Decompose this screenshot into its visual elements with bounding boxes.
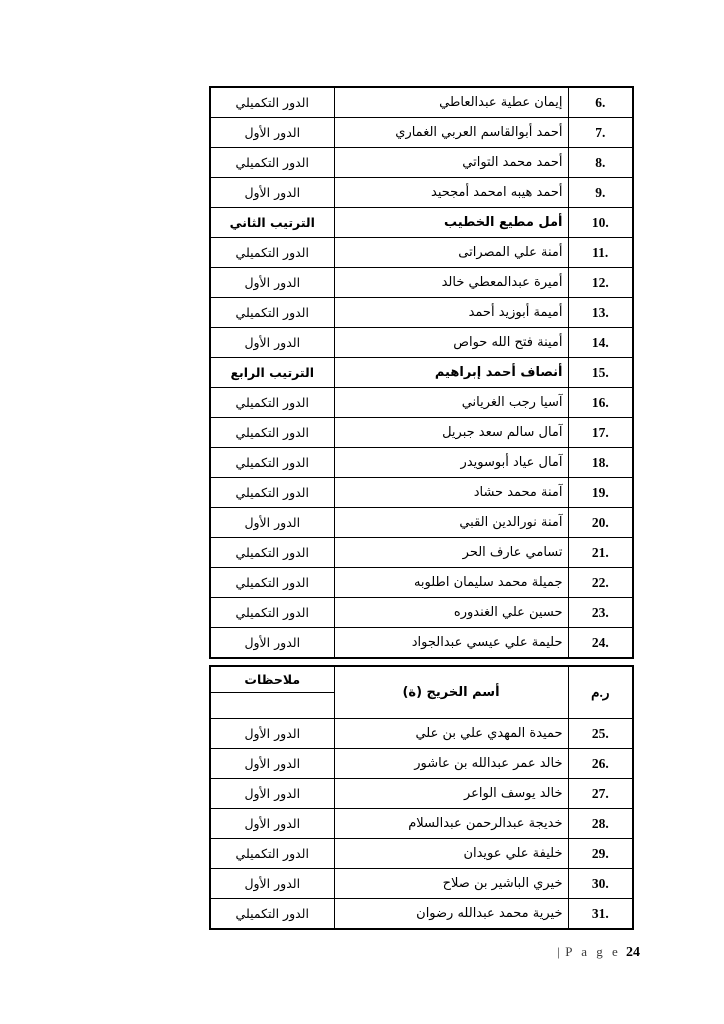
serial-cell: 6. bbox=[568, 87, 633, 118]
serial-cell: 22. bbox=[568, 568, 633, 598]
table-row: 17.آمال سالم سعد جبريلالدور التكميلي bbox=[210, 418, 633, 448]
name-cell: أحمد أبوالقاسم العربي الغماري bbox=[334, 118, 568, 148]
note-cell: الدور التكميلي bbox=[210, 298, 334, 328]
page-footer: | P a g e 24 bbox=[557, 944, 640, 961]
note-cell: الدور الأول bbox=[210, 809, 334, 839]
note-cell: الدور الأول bbox=[210, 779, 334, 809]
table-row: 29.خليفة علي عويدانالدور التكميلي bbox=[210, 839, 633, 869]
name-cell: آسيا رجب الغرياني bbox=[334, 388, 568, 418]
graduates-table-b: ر.م أسم الخريج (ة) ملاحظات 25.حميدة المه… bbox=[209, 665, 634, 930]
serial-cell: 31. bbox=[568, 899, 633, 930]
footer-pipe: | bbox=[557, 944, 560, 959]
serial-cell: 21. bbox=[568, 538, 633, 568]
name-cell: حليمة علي عيسي عبدالجواد bbox=[334, 628, 568, 659]
name-cell: جميلة محمد سليمان اطلوبه bbox=[334, 568, 568, 598]
graduates-table-a: 6.إيمان عطية عبدالعاطيالدور التكميلي 7.أ… bbox=[209, 86, 634, 659]
serial-cell: 25. bbox=[568, 719, 633, 749]
table-row: 14.أمينة فتح الله حواصالدور الأول bbox=[210, 328, 633, 358]
table-row: 19.آمنة محمد حشادالدور التكميلي bbox=[210, 478, 633, 508]
table-row: 22.جميلة محمد سليمان اطلوبهالدور التكميل… bbox=[210, 568, 633, 598]
table-row: 27.خالد يوسف الواعرالدور الأول bbox=[210, 779, 633, 809]
serial-cell: 17. bbox=[568, 418, 633, 448]
name-cell: خديجة عبدالرحمن عبدالسلام bbox=[334, 809, 568, 839]
note-cell: الدور التكميلي bbox=[210, 899, 334, 930]
table-row: 21.تسامي عارف الحرالدور التكميلي bbox=[210, 538, 633, 568]
name-cell: آمال سالم سعد جبريل bbox=[334, 418, 568, 448]
name-cell: خليفة علي عويدان bbox=[334, 839, 568, 869]
serial-cell: 16. bbox=[568, 388, 633, 418]
table-row: 24.حليمة علي عيسي عبدالجوادالدور الأول bbox=[210, 628, 633, 659]
serial-cell: 8. bbox=[568, 148, 633, 178]
name-cell: أحمد محمد التواتي bbox=[334, 148, 568, 178]
name-cell: خالد عمر عبدالله بن عاشور bbox=[334, 749, 568, 779]
document-page: 6.إيمان عطية عبدالعاطيالدور التكميلي 7.أ… bbox=[0, 0, 724, 1024]
table-header-row: ر.م أسم الخريج (ة) ملاحظات bbox=[210, 666, 633, 693]
table-row: 13.أميمة أبوزيد أحمدالدور التكميلي bbox=[210, 298, 633, 328]
serial-cell: 12. bbox=[568, 268, 633, 298]
serial-cell: 19. bbox=[568, 478, 633, 508]
note-cell: الدور الأول bbox=[210, 749, 334, 779]
name-cell: آمنة محمد حشاد bbox=[334, 478, 568, 508]
table-row: 30.خيري الباشير بن صلاحالدور الأول bbox=[210, 869, 633, 899]
table-row: 10.أمل مطيع الخطيبالترتيب الثاني bbox=[210, 208, 633, 238]
serial-cell: 18. bbox=[568, 448, 633, 478]
name-cell: آمنة نورالدين القبي bbox=[334, 508, 568, 538]
footer-page-word: P a g e bbox=[565, 944, 621, 959]
table-row: 18.آمال عياد أبوسويدرالدور التكميلي bbox=[210, 448, 633, 478]
serial-cell: 7. bbox=[568, 118, 633, 148]
name-cell: حسين علي الغندوره bbox=[334, 598, 568, 628]
note-cell: الدور الأول bbox=[210, 268, 334, 298]
name-cell: أحمد هيبه امحمد أمجحيد bbox=[334, 178, 568, 208]
note-cell: الدور التكميلي bbox=[210, 538, 334, 568]
note-cell: الدور التكميلي bbox=[210, 418, 334, 448]
name-cell: أنصاف أحمد إبراهيم bbox=[334, 358, 568, 388]
table-row: 6.إيمان عطية عبدالعاطيالدور التكميلي bbox=[210, 87, 633, 118]
serial-cell: 9. bbox=[568, 178, 633, 208]
table-row: 9.أحمد هيبه امحمد أمجحيدالدور الأول bbox=[210, 178, 633, 208]
serial-cell: 14. bbox=[568, 328, 633, 358]
table-row: 23.حسين علي الغندورهالدور التكميلي bbox=[210, 598, 633, 628]
table-row: 12.أميرة عبدالمعطي خالدالدور الأول bbox=[210, 268, 633, 298]
table-row: 16.آسيا رجب الغريانيالدور التكميلي bbox=[210, 388, 633, 418]
note-cell: الدور التكميلي bbox=[210, 598, 334, 628]
note-cell: الدور التكميلي bbox=[210, 568, 334, 598]
name-cell: أميرة عبدالمعطي خالد bbox=[334, 268, 568, 298]
table-row: 25.حميدة المهدي علي بن عليالدور الأول bbox=[210, 719, 633, 749]
note-cell: الدور التكميلي bbox=[210, 148, 334, 178]
table-header-serial: ر.م bbox=[568, 666, 633, 719]
serial-cell: 28. bbox=[568, 809, 633, 839]
serial-cell: 29. bbox=[568, 839, 633, 869]
table-header-name: أسم الخريج (ة) bbox=[334, 666, 568, 719]
note-cell: الدور التكميلي bbox=[210, 478, 334, 508]
serial-cell: 20. bbox=[568, 508, 633, 538]
name-cell: أمل مطيع الخطيب bbox=[334, 208, 568, 238]
notes-header-empty-cell bbox=[210, 693, 334, 719]
name-cell: أمنة علي المصراتى bbox=[334, 238, 568, 268]
note-cell: الدور الأول bbox=[210, 118, 334, 148]
note-cell: الدور التكميلي bbox=[210, 448, 334, 478]
note-cell: الدور الأول bbox=[210, 508, 334, 538]
name-cell: تسامي عارف الحر bbox=[334, 538, 568, 568]
name-cell: حميدة المهدي علي بن علي bbox=[334, 719, 568, 749]
table-row: 28.خديجة عبدالرحمن عبدالسلامالدور الأول bbox=[210, 809, 633, 839]
name-cell: أميمة أبوزيد أحمد bbox=[334, 298, 568, 328]
note-cell: الدور التكميلي bbox=[210, 87, 334, 118]
table-row: 11.أمنة علي المصراتىالدور التكميلي bbox=[210, 238, 633, 268]
note-cell: الدور التكميلي bbox=[210, 839, 334, 869]
serial-cell: 10. bbox=[568, 208, 633, 238]
note-cell: الترتيب الثاني bbox=[210, 208, 334, 238]
name-cell: خيرية محمد عبدالله رضوان bbox=[334, 899, 568, 930]
serial-cell: 26. bbox=[568, 749, 633, 779]
note-cell: الدور الأول bbox=[210, 869, 334, 899]
name-cell: أمينة فتح الله حواص bbox=[334, 328, 568, 358]
name-cell: خيري الباشير بن صلاح bbox=[334, 869, 568, 899]
table-row: 7.أحمد أبوالقاسم العربي الغماريالدور الأ… bbox=[210, 118, 633, 148]
note-cell: الدور الأول bbox=[210, 628, 334, 659]
name-cell: إيمان عطية عبدالعاطي bbox=[334, 87, 568, 118]
serial-cell: 27. bbox=[568, 779, 633, 809]
serial-cell: 24. bbox=[568, 628, 633, 659]
note-cell: الدور التكميلي bbox=[210, 388, 334, 418]
serial-cell: 30. bbox=[568, 869, 633, 899]
note-cell: الدور الأول bbox=[210, 328, 334, 358]
footer-page-number: 24 bbox=[626, 945, 640, 960]
note-cell: الدور التكميلي bbox=[210, 238, 334, 268]
note-cell: الدور الأول bbox=[210, 178, 334, 208]
table-row: 26.خالد عمر عبدالله بن عاشورالدور الأول bbox=[210, 749, 633, 779]
serial-cell: 11. bbox=[568, 238, 633, 268]
table-row: 20.آمنة نورالدين القبيالدور الأول bbox=[210, 508, 633, 538]
serial-cell: 15. bbox=[568, 358, 633, 388]
table-row: 31.خيرية محمد عبدالله رضوانالدور التكميل… bbox=[210, 899, 633, 930]
serial-cell: 23. bbox=[568, 598, 633, 628]
name-cell: آمال عياد أبوسويدر bbox=[334, 448, 568, 478]
table-header-notes: ملاحظات bbox=[210, 666, 334, 693]
table-row: 15.أنصاف أحمد إبراهيمالترتيب الرابع bbox=[210, 358, 633, 388]
serial-cell: 13. bbox=[568, 298, 633, 328]
name-cell: خالد يوسف الواعر bbox=[334, 779, 568, 809]
note-cell: الترتيب الرابع bbox=[210, 358, 334, 388]
table-row: 8.أحمد محمد التواتيالدور التكميلي bbox=[210, 148, 633, 178]
note-cell: الدور الأول bbox=[210, 719, 334, 749]
